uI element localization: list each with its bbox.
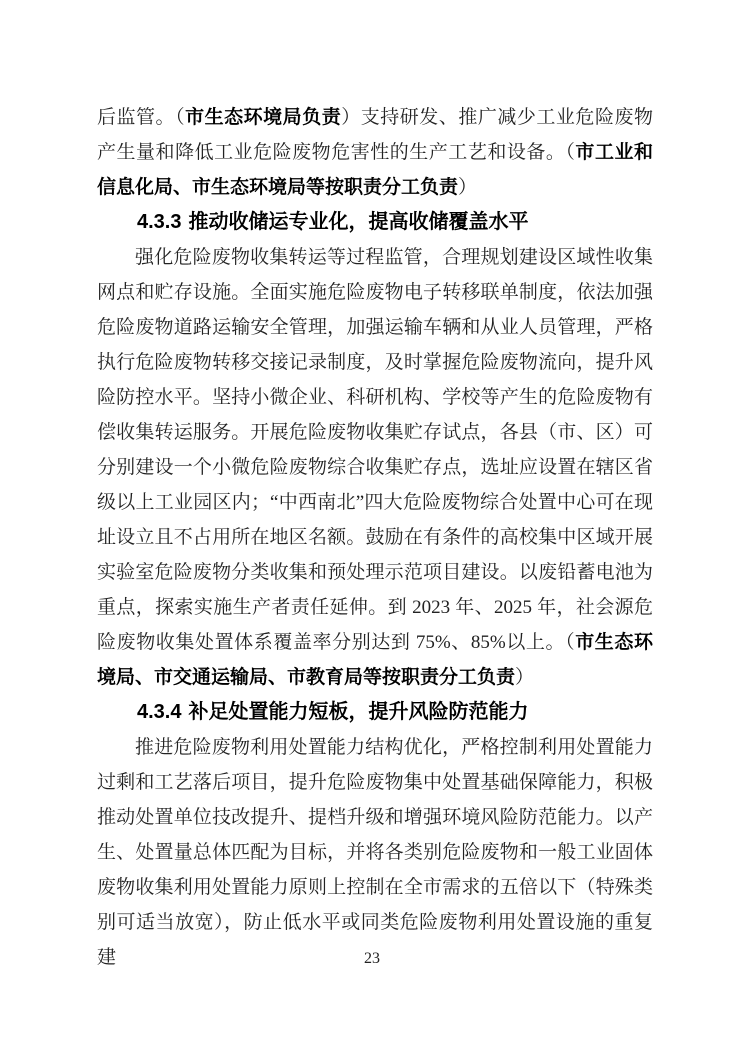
body-text: 推进危险废物利用处置能力结构优化，严格控制利用处置能力过剩和工艺落后项目，提升危…: [97, 737, 653, 968]
heading-title: 补足处置能力短板，提升风险防范能力: [188, 701, 528, 723]
paragraph: 推进危险废物利用处置能力结构优化，严格控制利用处置能力过剩和工艺落后项目，提升危…: [97, 730, 653, 975]
page-footer: 23: [0, 948, 744, 970]
document-body: 后监管。（市生态环境局负责）支持研发、推广减少工业危险废物产生量和降低工业危险废…: [97, 100, 653, 975]
section-heading-4-3-4: 4.3.4补足处置能力短板，提升风险防范能力: [97, 695, 653, 730]
body-text: 强化危险废物收集转运等过程监管，合理规划建设区域性收集网点和贮存设施。全面实施危…: [97, 247, 653, 653]
body-text: 后监管。（: [97, 107, 185, 128]
section-heading-4-3-3: 4.3.3推动收储运专业化，提高收储覆盖水平: [97, 205, 653, 240]
paragraph-continuation: 后监管。（市生态环境局负责）支持研发、推广减少工业危险废物产生量和降低工业危险废…: [97, 100, 653, 205]
heading-number: 4.3.4: [137, 701, 181, 723]
page-number: 23: [364, 950, 380, 967]
heading-title: 推动收储运专业化，提高收储覆盖水平: [188, 211, 528, 233]
responsible-agency-text: 市生态环境局负责: [185, 107, 341, 128]
body-text: ）: [515, 667, 534, 688]
body-text: ）: [458, 177, 477, 198]
document-page: 后监管。（市生态环境局负责）支持研发、推广减少工业危险废物产生量和降低工业危险废…: [0, 0, 744, 1052]
paragraph: 强化危险废物收集转运等过程监管，合理规划建设区域性收集网点和贮存设施。全面实施危…: [97, 240, 653, 695]
heading-number: 4.3.3: [137, 211, 181, 233]
